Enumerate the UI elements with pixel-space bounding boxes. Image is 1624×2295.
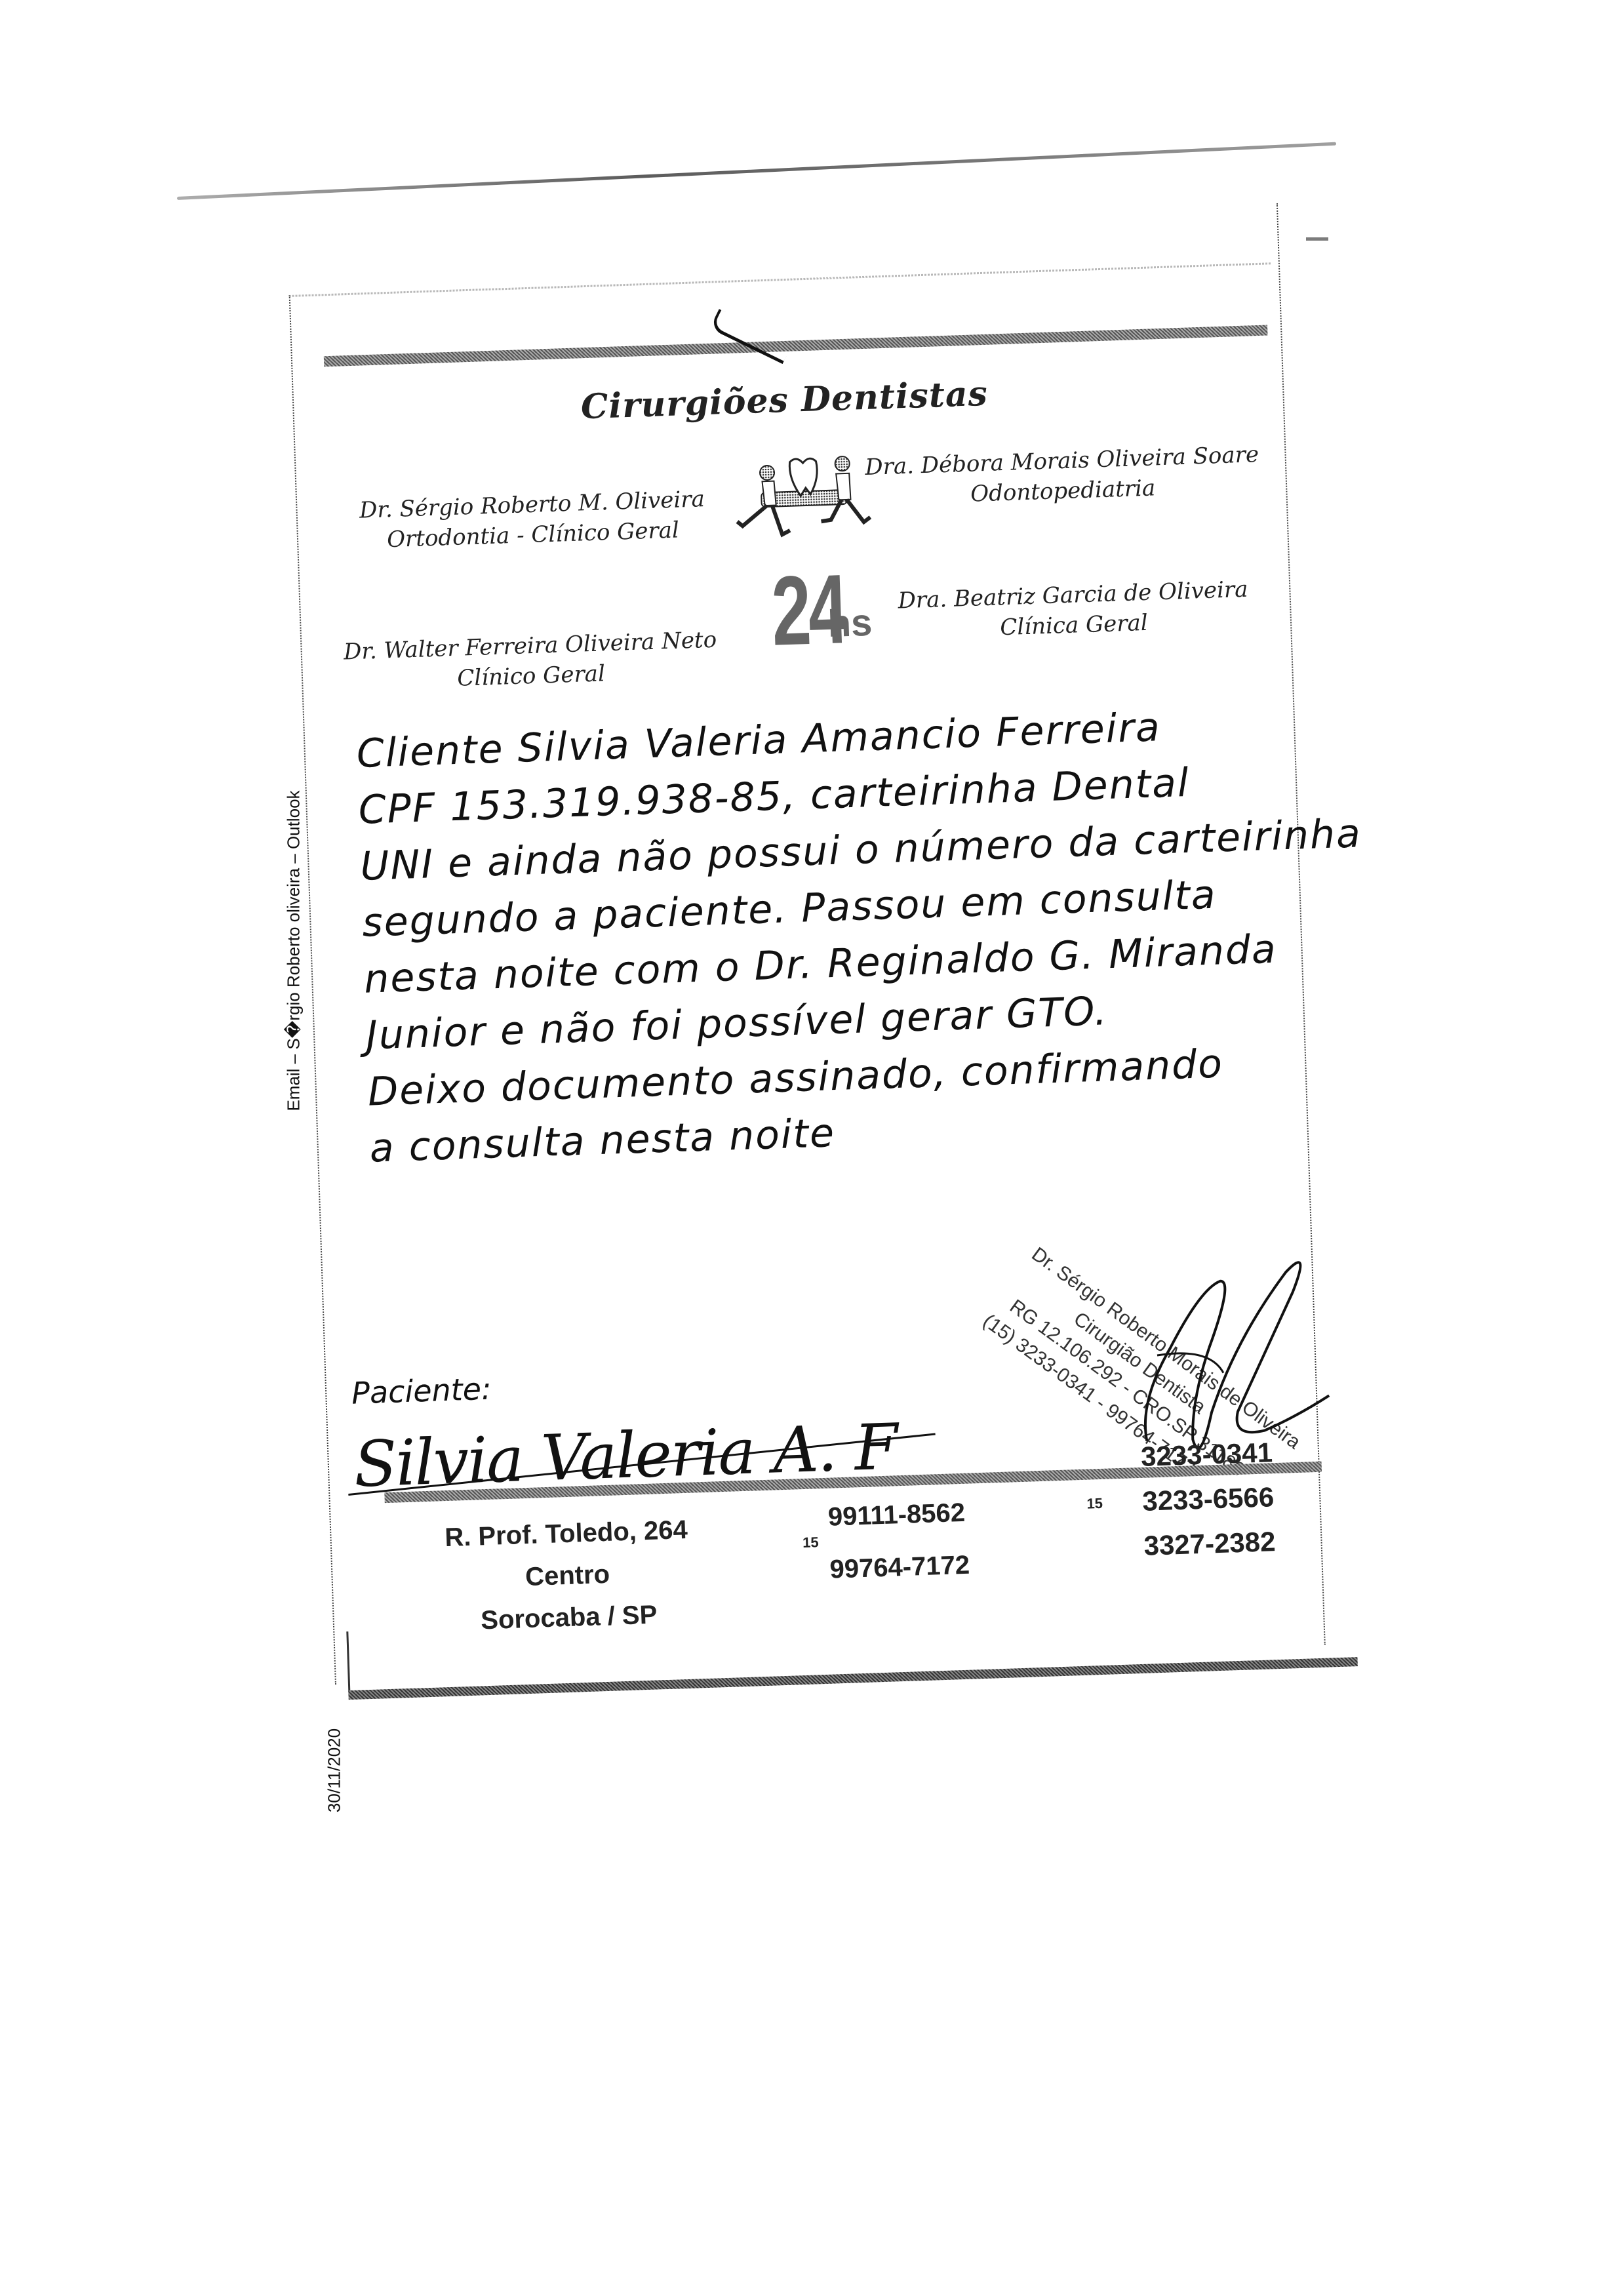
doctor-entry: Dr. Sérgio Roberto M. Oliveira Ortodonti… <box>322 483 743 557</box>
patient-label: Paciente: <box>351 1371 492 1411</box>
document-border-top <box>289 262 1272 297</box>
header-divider <box>324 325 1268 367</box>
landline-area-code: 15 <box>1086 1495 1103 1513</box>
tooth-stretcher-icon <box>727 446 881 549</box>
landline-phones: 3233-0341 3233-6566 3327-2382 <box>1140 1430 1277 1568</box>
phone-number: 3233-6566 <box>1141 1475 1275 1524</box>
mobile-phones: 99111-8562 99764-7172 <box>827 1487 971 1596</box>
phone-number: 99764-7172 <box>829 1539 970 1596</box>
doctor-entry: Dr. Walter Ferreira Oliveira Neto Clínic… <box>313 624 748 699</box>
letterhead-title: Cirurgiões Dentistas <box>292 364 1277 437</box>
clinic-address: R. Prof. Toledo, 264 Centro Sorocaba / S… <box>415 1507 721 1643</box>
email-source-label: Email – S�rgio Roberto oliveira – Outloo… <box>284 790 304 1111</box>
handwritten-note: Cliente Silvia Valeria Amancio Ferreira … <box>356 695 1301 1177</box>
mobile-area-code: 15 <box>802 1534 819 1551</box>
doctor-entry: Dra. Beatriz Garcia de Oliveira Clínica … <box>889 574 1258 647</box>
hours-unit: hs <box>827 601 873 645</box>
phone-number: 3327-2382 <box>1143 1519 1277 1568</box>
phone-number: 3233-0341 <box>1140 1430 1273 1479</box>
bottom-divider <box>348 1657 1358 1700</box>
scan-mark <box>1306 237 1328 241</box>
doctor-entry: Dra. Débora Morais Oliveira Soare Odonto… <box>858 440 1267 513</box>
document-border-bottom-left <box>346 1631 350 1697</box>
phone-number: 99111-8562 <box>827 1487 969 1544</box>
pen-mark <box>709 309 792 364</box>
prescription-document: Cirurgiões Dentistas Dr. Sérgio Roberto … <box>288 249 1333 1744</box>
24-hours-badge: 24hs <box>770 550 919 668</box>
scan-paper-edge <box>177 142 1336 200</box>
